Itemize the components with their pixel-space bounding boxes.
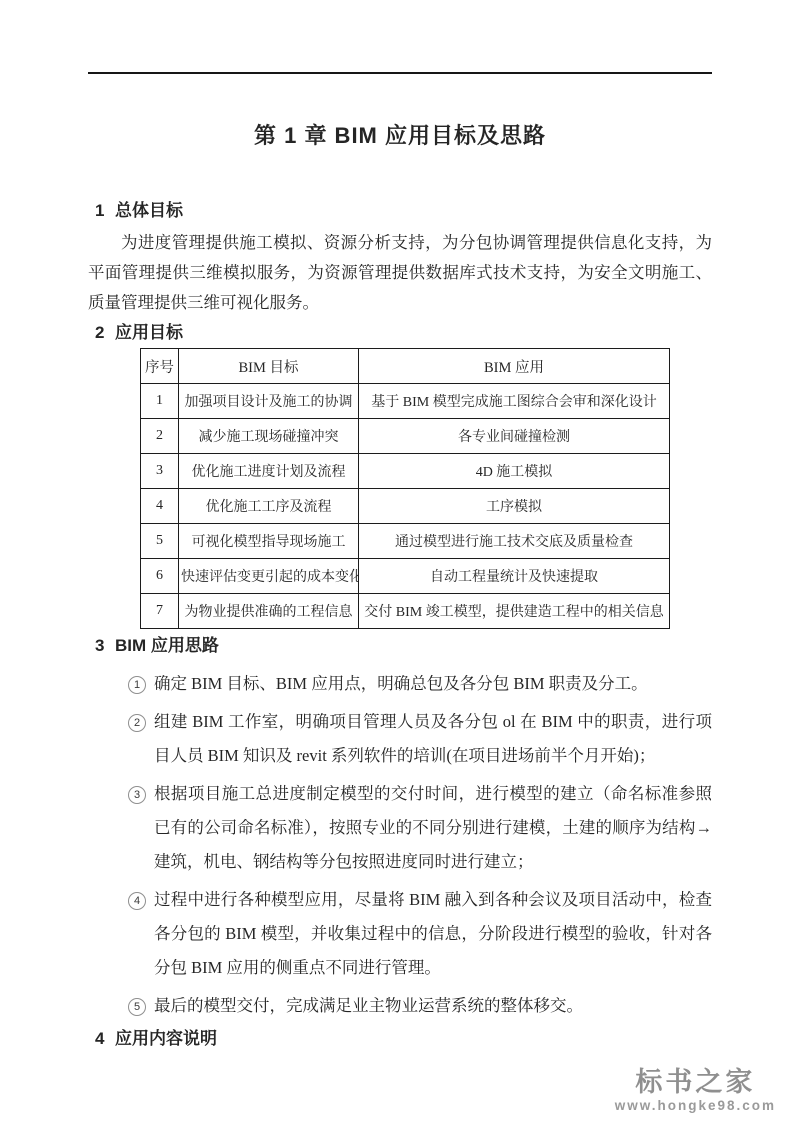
table-cell-index: 7 xyxy=(141,594,179,629)
bim-goals-table: 序号 BIM 目标 BIM 应用 1 加强项目设计及施工的协调 基于 BIM 模… xyxy=(140,348,670,629)
table-cell-index: 1 xyxy=(141,384,179,419)
table-cell-index: 4 xyxy=(141,489,179,524)
approach-list: 1 确定 BIM 目标、BIM 应用点，明确总包及各分包 BIM 职责及分工。 … xyxy=(88,667,712,1023)
table-cell-index: 2 xyxy=(141,419,179,454)
section-label: BIM 应用思路 xyxy=(115,636,219,655)
table-cell-application: 通过模型进行施工技术交底及质量检查 xyxy=(359,524,670,559)
list-item: 5 最后的模型交付，完成满足业主物业运营系统的整体移交。 xyxy=(128,989,712,1023)
section-label: 总体目标 xyxy=(115,201,183,220)
table-cell-goal: 快速评估变更引起的成本变化 xyxy=(179,559,359,594)
table-row: 7 为物业提供准确的工程信息 交付 BIM 竣工模型，提供建造工程中的相关信息 xyxy=(141,594,670,629)
chapter-title: 第 1 章 BIM 应用目标及思路 xyxy=(88,121,712,151)
section-number: 2 xyxy=(88,323,115,342)
column-header-index: 序号 xyxy=(141,349,179,384)
table-cell-goal: 减少施工现场碰撞冲突 xyxy=(179,419,359,454)
table-row: 2 减少施工现场碰撞冲突 各专业间碰撞检测 xyxy=(141,419,670,454)
section-heading-application-content: 4 应用内容说明 xyxy=(88,1029,712,1048)
section-heading-overall-goal: 1 总体目标 xyxy=(88,201,712,220)
table-cell-application: 工序模拟 xyxy=(359,489,670,524)
table-cell-application: 自动工程量统计及快速提取 xyxy=(359,559,670,594)
list-item-text: 过程中进行各种模型应用，尽量将 BIM 融入到各种会议及项目活动中，检查各分包的… xyxy=(154,883,712,985)
overall-goal-paragraph: 为进度管理提供施工模拟、资源分析支持，为分包协调管理提供信息化支持，为平面管理提… xyxy=(88,228,712,318)
table-cell-goal: 加强项目设计及施工的协调 xyxy=(179,384,359,419)
table-cell-goal: 可视化模型指导现场施工 xyxy=(179,524,359,559)
table-row: 1 加强项目设计及施工的协调 基于 BIM 模型完成施工图综合会审和深化设计 xyxy=(141,384,670,419)
watermark-url: www.hongke98.com xyxy=(615,1097,776,1114)
table-row: 4 优化施工工序及流程 工序模拟 xyxy=(141,489,670,524)
list-item: 2 组建 BIM 工作室，明确项目管理人员及各分包 ol 在 BIM 中的职责，… xyxy=(128,705,712,773)
column-header-bim-goal: BIM 目标 xyxy=(179,349,359,384)
watermark: 标书之家 www.hongke98.com xyxy=(615,1067,776,1114)
table-cell-goal: 为物业提供准确的工程信息 xyxy=(179,594,359,629)
list-item-text: 根据项目施工总进度制定模型的交付时间，进行模型的建立（命名标准参照已有的公司命名… xyxy=(154,777,712,879)
watermark-brand: 标书之家 xyxy=(615,1067,776,1097)
list-item: 4 过程中进行各种模型应用，尽量将 BIM 融入到各种会议及项目活动中，检查各分… xyxy=(128,883,712,985)
table-row: 3 优化施工进度计划及流程 4D 施工模拟 xyxy=(141,454,670,489)
table-cell-goal: 优化施工工序及流程 xyxy=(179,489,359,524)
circled-number: 1 xyxy=(128,676,146,694)
list-item-text: 最后的模型交付，完成满足业主物业运营系统的整体移交。 xyxy=(154,989,712,1023)
section-heading-application-goals: 2 应用目标 xyxy=(88,323,712,342)
header-rule xyxy=(88,72,712,74)
table-cell-index: 6 xyxy=(141,559,179,594)
table-cell-application: 4D 施工模拟 xyxy=(359,454,670,489)
circled-number: 4 xyxy=(128,892,146,910)
table-cell-index: 3 xyxy=(141,454,179,489)
section-number: 1 xyxy=(88,201,115,220)
table-cell-index: 5 xyxy=(141,524,179,559)
document-page: 第 1 章 BIM 应用目标及思路 1 总体目标 为进度管理提供施工模拟、资源分… xyxy=(0,72,793,1048)
table-cell-goal: 优化施工进度计划及流程 xyxy=(179,454,359,489)
table-row: 6 快速评估变更引起的成本变化 自动工程量统计及快速提取 xyxy=(141,559,670,594)
list-item-text: 组建 BIM 工作室，明确项目管理人员及各分包 ol 在 BIM 中的职责，进行… xyxy=(154,705,712,773)
section-number: 3 xyxy=(88,636,115,655)
section-heading-bim-approach: 3 BIM 应用思路 xyxy=(88,636,712,655)
list-item-text: 确定 BIM 目标、BIM 应用点，明确总包及各分包 BIM 职责及分工。 xyxy=(154,667,712,701)
table-header-row: 序号 BIM 目标 BIM 应用 xyxy=(141,349,670,384)
circled-number: 3 xyxy=(128,786,146,804)
table-cell-application: 各专业间碰撞检测 xyxy=(359,419,670,454)
column-header-bim-application: BIM 应用 xyxy=(359,349,670,384)
table-cell-application: 基于 BIM 模型完成施工图综合会审和深化设计 xyxy=(359,384,670,419)
section-label: 应用目标 xyxy=(115,323,183,342)
circled-number: 5 xyxy=(128,998,146,1016)
section-label: 应用内容说明 xyxy=(115,1029,217,1048)
section-number: 4 xyxy=(88,1029,115,1048)
circled-number: 2 xyxy=(128,714,146,732)
table-row: 5 可视化模型指导现场施工 通过模型进行施工技术交底及质量检查 xyxy=(141,524,670,559)
list-item: 3 根据项目施工总进度制定模型的交付时间，进行模型的建立（命名标准参照已有的公司… xyxy=(128,777,712,879)
list-item: 1 确定 BIM 目标、BIM 应用点，明确总包及各分包 BIM 职责及分工。 xyxy=(128,667,712,701)
table-cell-application: 交付 BIM 竣工模型，提供建造工程中的相关信息 xyxy=(359,594,670,629)
